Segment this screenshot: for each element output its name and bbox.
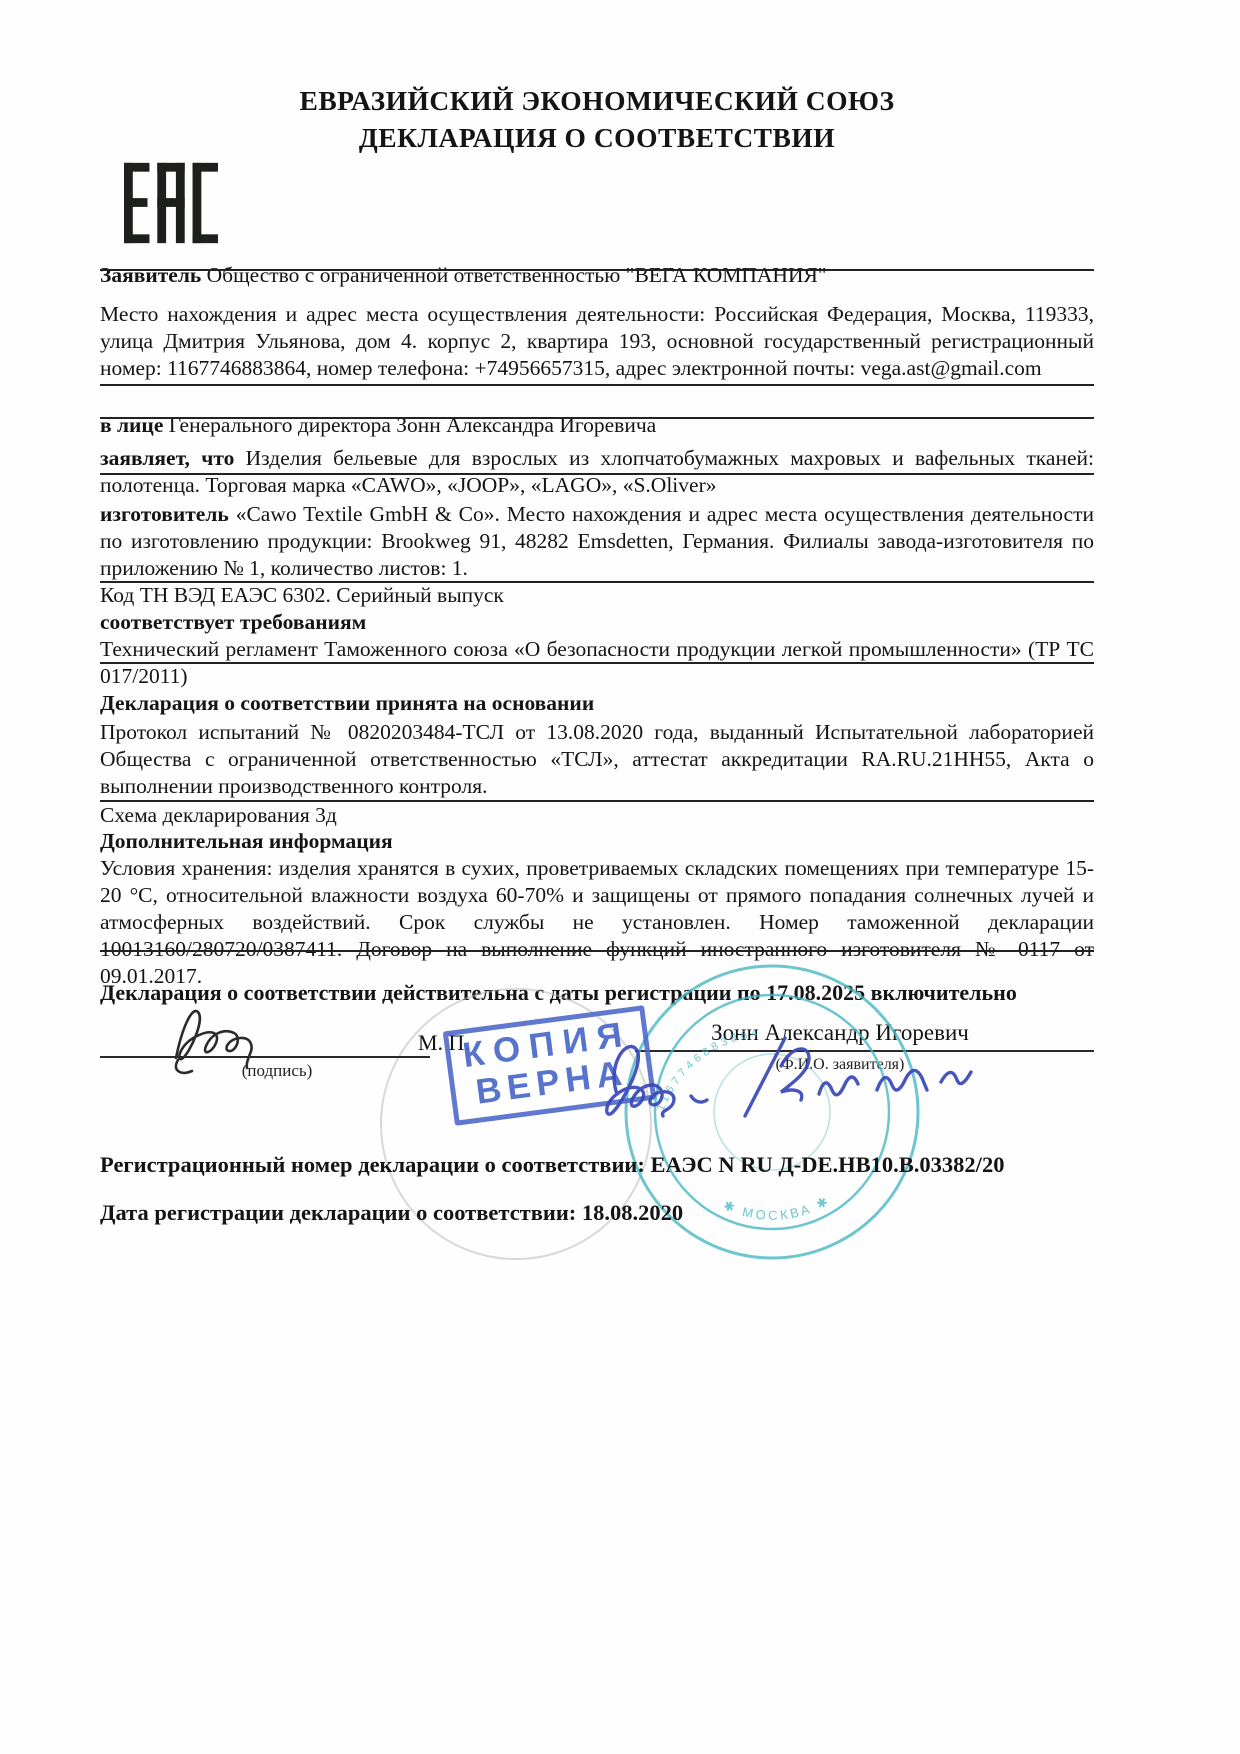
divider [100,662,1094,664]
divider [100,473,1094,475]
declares-label: заявляет, что [100,446,234,470]
handwritten-signatures-blue [595,1032,1015,1132]
registration-date-row: Дата регистрации декларации о соответств… [100,1199,1094,1226]
document-title: ЕВРАЗИЙСКИЙ ЭКОНОМИЧЕСКИЙ СОЮЗ ДЕКЛАРАЦИ… [100,82,1094,156]
tnved-code-row: Код ТН ВЭД ЕАЭС 6302. Серийный выпуск [100,582,1094,609]
registration-number-row: Регистрационный номер декларации о соотв… [100,1151,1094,1178]
complies-heading: соответствует требованиям [100,609,1094,636]
divider [100,800,1094,802]
address-paragraph: Место нахождения и адрес места осуществл… [100,301,1094,382]
applicant-value: Общество с ограниченной ответственностью… [207,263,827,287]
additional-info-text: Условия хранения: изделия хранятся в сух… [100,855,1094,990]
manufacturer-row: изготовитель «Cawo Textile GmbH & Co». М… [100,501,1094,582]
divider [100,581,1094,583]
scheme-row: Схема декларирования 3д [100,802,1094,829]
declares-row: заявляет, что Изделия бельевые для взрос… [100,445,1094,499]
document-content: ЕВРАЗИЙСКИЙ ЭКОНОМИЧЕСКИЙ СОЮЗ ДЕКЛАРАЦИ… [100,0,1094,1754]
divider [100,950,1094,952]
in-person-row: в лице Генерального директора Зонн Алекс… [100,412,1094,439]
handwritten-signature-black [162,1000,302,1080]
title-line-union: ЕВРАЗИЙСКИЙ ЭКОНОМИЧЕСКИЙ СОЮЗ [100,82,1094,119]
manufacturer-label: изготовитель [100,502,229,526]
manufacturer-value: «Cawo Textile GmbH & Co». Место нахожден… [100,502,1094,580]
applicant-row: Заявитель Общество с ограниченной ответс… [100,262,1094,289]
divider [100,384,1094,386]
title-line-declaration: ДЕКЛАРАЦИЯ О СООТВЕТСТВИИ [100,119,1094,156]
additional-info-heading: Дополнительная информация [100,828,1094,855]
basis-heading: Декларация о соответствии принята на осн… [100,690,1094,717]
applicant-label: Заявитель [100,263,201,287]
divider [100,269,1094,271]
basis-text: Протокол испытаний № 0820203484-ТСЛ от 1… [100,719,1094,800]
declaration-document-page: ЕВРАЗИЙСКИЙ ЭКОНОМИЧЕСКИЙ СОЮЗ ДЕКЛАРАЦИ… [0,0,1240,1754]
divider [100,417,1094,419]
declares-value: Изделия бельевые для взрослых из хлопчат… [100,446,1094,497]
eac-mark-icon [124,162,218,249]
